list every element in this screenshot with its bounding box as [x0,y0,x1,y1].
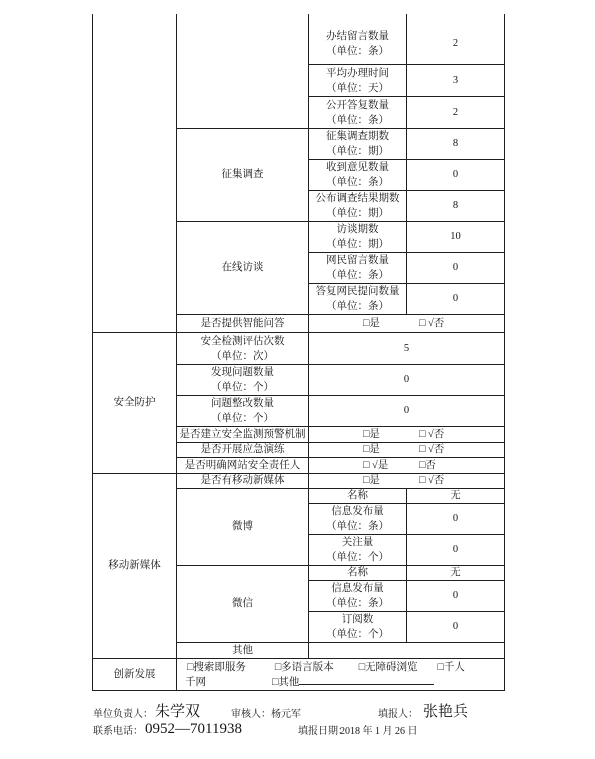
metric-label: 信息发布量 （单位：条） [309,581,407,612]
metric-label-line2: （单位：条） [309,268,406,283]
metric-value: 无 [407,566,505,581]
checkbox-yes: □是 [363,443,419,457]
metric-label: 安全检测评估次数 （单位：次） [177,333,309,365]
metric-label: 收到意见数量 （单位：条） [309,160,407,191]
category-cell-security: 安全防护 [93,333,177,474]
category-cell-empty [93,14,177,333]
category-cell-mobile: 移动新媒体 [93,474,177,659]
signature-footer: 单位负责人： 朱学双 审核人： 杨元军 填报人： 张艳兵 联系电话： 0952—… [93,706,505,742]
subcategory-cell-interview: 在线访谈 [177,222,309,315]
question-label: 是否开展应急演练 [177,443,309,458]
category-cell-innovation: 创新发展 [93,659,177,691]
metric-label-line1: 公开答复数量 [309,98,406,113]
metric-value: 0 [407,581,505,612]
checkbox-option-accessibility: □无障碍浏览 [359,662,418,673]
checkbox-yes: □是 [363,428,419,442]
checkbox-row: □是□ √否 [309,443,505,458]
filler-name: 张艳兵 [423,705,468,720]
metric-label-line2: （单位：条） [309,175,406,190]
innovation-options-line1: □搜索即服务□多语言版本□无障碍浏览□千人 [177,660,504,675]
metric-value: 0 [309,365,505,396]
metric-label-line1: 信息发布量 [309,581,406,596]
metric-label-line2: （单位：个） [309,627,406,642]
metric-label: 发现问题数量 （单位：个） [177,365,309,396]
innovation-options-line2: 千网□其他 [177,675,504,690]
other-fill-in-line [299,675,434,685]
metric-value: 0 [407,284,505,315]
metric-label-line1: 收到意见数量 [309,160,406,175]
unit-head-name: 朱学双 [155,705,200,720]
metric-label-line2: （单位：条） [309,519,406,534]
metric-label-line2: （单位：个） [177,380,308,395]
report-page: 办结留言数量 （单位：条） 2 平均办理时间 （单位：天） 3 公开答复数量 （… [0,0,595,759]
metric-label-line2: （单位：条） [309,299,406,314]
checkbox-no: □ √否 [419,474,444,488]
subcategory-cell-other: 其他 [177,643,309,659]
metric-label-line2: （单位：个） [177,411,308,426]
innovation-options-cell: □搜索即服务□多语言版本□无障碍浏览□千人 千网□其他 [177,659,505,691]
metric-value: 无 [407,489,505,504]
metric-label: 公开答复数量 （单位：条） [309,97,407,129]
phone-number: 0952—7011938 [145,722,242,737]
metric-value: 0 [407,253,505,284]
checkbox-option-qianren-part1: □千人 [438,662,465,673]
metric-label: 答复网民提问数量 （单位：条） [309,284,407,315]
metric-label: 名称 [309,489,407,504]
metric-label-line2: （单位：条） [309,596,406,611]
metric-label-line2: （单位：次） [177,349,308,364]
metric-label-line1: 网民留言数量 [309,253,406,268]
metric-label-line1: 办结留言数量 [309,29,406,44]
checkbox-yes: □是 [363,317,419,331]
metric-label-line1: 征集调查期数 [309,129,406,144]
checkbox-yes: □是 [363,474,419,488]
metric-label: 订阅数 （单位：个） [309,612,407,643]
metric-label: 信息发布量 （单位：条） [309,504,407,535]
metric-value: 8 [407,129,505,160]
question-label: 是否建立安全监测预警机制 [177,427,309,443]
metric-label: 问题整改数量 （单位：个） [177,396,309,427]
question-label: 是否有移动新媒体 [177,474,309,489]
metric-value: 0 [407,504,505,535]
report-date-value: 2018 年 1 月 26 日 [340,724,418,739]
checkbox-row: □是□ √否 [309,315,505,333]
checkbox-option-other: □其他 [272,677,299,688]
checkbox-no: □ √否 [419,443,444,457]
subcategory-cell-weibo: 微博 [177,489,309,566]
signature-line-2: 联系电话： 0952—7011938 填报日期： 2018 年 1 月 26 日 [93,724,505,740]
metric-label: 办结留言数量 （单位：条） [309,14,407,65]
metric-label-line1: 答复网民提问数量 [309,284,406,299]
metric-label-line1: 平均办理时间 [309,66,406,81]
checkbox-row: □是□ √否 [309,474,505,489]
metric-label: 访谈期数 （单位：期） [309,222,407,253]
checkbox-option-multilang: □多语言版本 [275,662,334,673]
unit-head-label: 单位负责人： [93,707,153,722]
checkbox-row: □ √是□否 [309,458,505,474]
metric-label-line1: 关注量 [309,535,406,550]
phone-label: 联系电话： [93,724,143,739]
question-label: 是否明确网站安全责任人 [177,458,309,474]
metric-value: 2 [407,14,505,65]
metric-label-line2: （单位：条） [309,113,406,128]
metric-value: 0 [407,535,505,566]
metric-label: 关注量 （单位：个） [309,535,407,566]
metric-label-line2: （单位：天） [309,81,406,96]
metric-label-line1: 发现问题数量 [177,365,308,380]
checkbox-row: □是□ √否 [309,427,505,443]
metric-label-line1: 安全检测评估次数 [177,334,308,349]
metric-label-line2: （单位：个） [309,550,406,565]
question-label: 是否提供智能问答 [177,315,309,333]
metric-label-line1: 问题整改数量 [177,396,308,411]
metric-label-line1: 公布调查结果期数 [309,191,406,206]
subcategory-cell-wechat: 微信 [177,566,309,643]
metric-value: 10 [407,222,505,253]
reviewer-name: 杨元军 [271,707,301,722]
metric-label-line1: 访谈期数 [309,222,406,237]
checkbox-option-qianren-part2: 千网 [185,677,206,688]
metric-label-line2: （单位：条） [309,44,406,59]
metric-value: 3 [407,65,505,97]
metric-label: 征集调查期数 （单位：期） [309,129,407,160]
metric-value: 2 [407,97,505,129]
metric-label: 公布调查结果期数 （单位：期） [309,191,407,222]
checkbox-no: □否 [419,459,436,473]
checkbox-no: □ √否 [419,317,444,331]
metric-value: 5 [309,333,505,365]
subcategory-cell-survey: 征集调查 [177,129,309,222]
checkbox-no: □ √否 [419,428,444,442]
reviewer-label: 审核人： [231,707,271,722]
subcategory-cell-empty [177,14,309,129]
metric-label-line2: （单位：期） [309,237,406,252]
metric-label-line1: 信息发布量 [309,504,406,519]
checkbox-option-search: □搜索即服务 [187,662,246,673]
filler-label: 填报人： [378,707,418,722]
metric-value: 0 [309,396,505,427]
metric-label-line2: （单位：期） [309,206,406,221]
metric-value: 0 [407,160,505,191]
metric-value: 8 [407,191,505,222]
metric-value-empty [309,643,505,659]
checkbox-yes: □ √是 [363,459,419,473]
metric-label-line1: 订阅数 [309,612,406,627]
metric-label-line2: （单位：期） [309,144,406,159]
metric-value: 0 [407,612,505,643]
report-table: 办结留言数量 （单位：条） 2 平均办理时间 （单位：天） 3 公开答复数量 （… [92,14,505,691]
metric-label: 网民留言数量 （单位：条） [309,253,407,284]
metric-label: 平均办理时间 （单位：天） [309,65,407,97]
metric-label: 名称 [309,566,407,581]
